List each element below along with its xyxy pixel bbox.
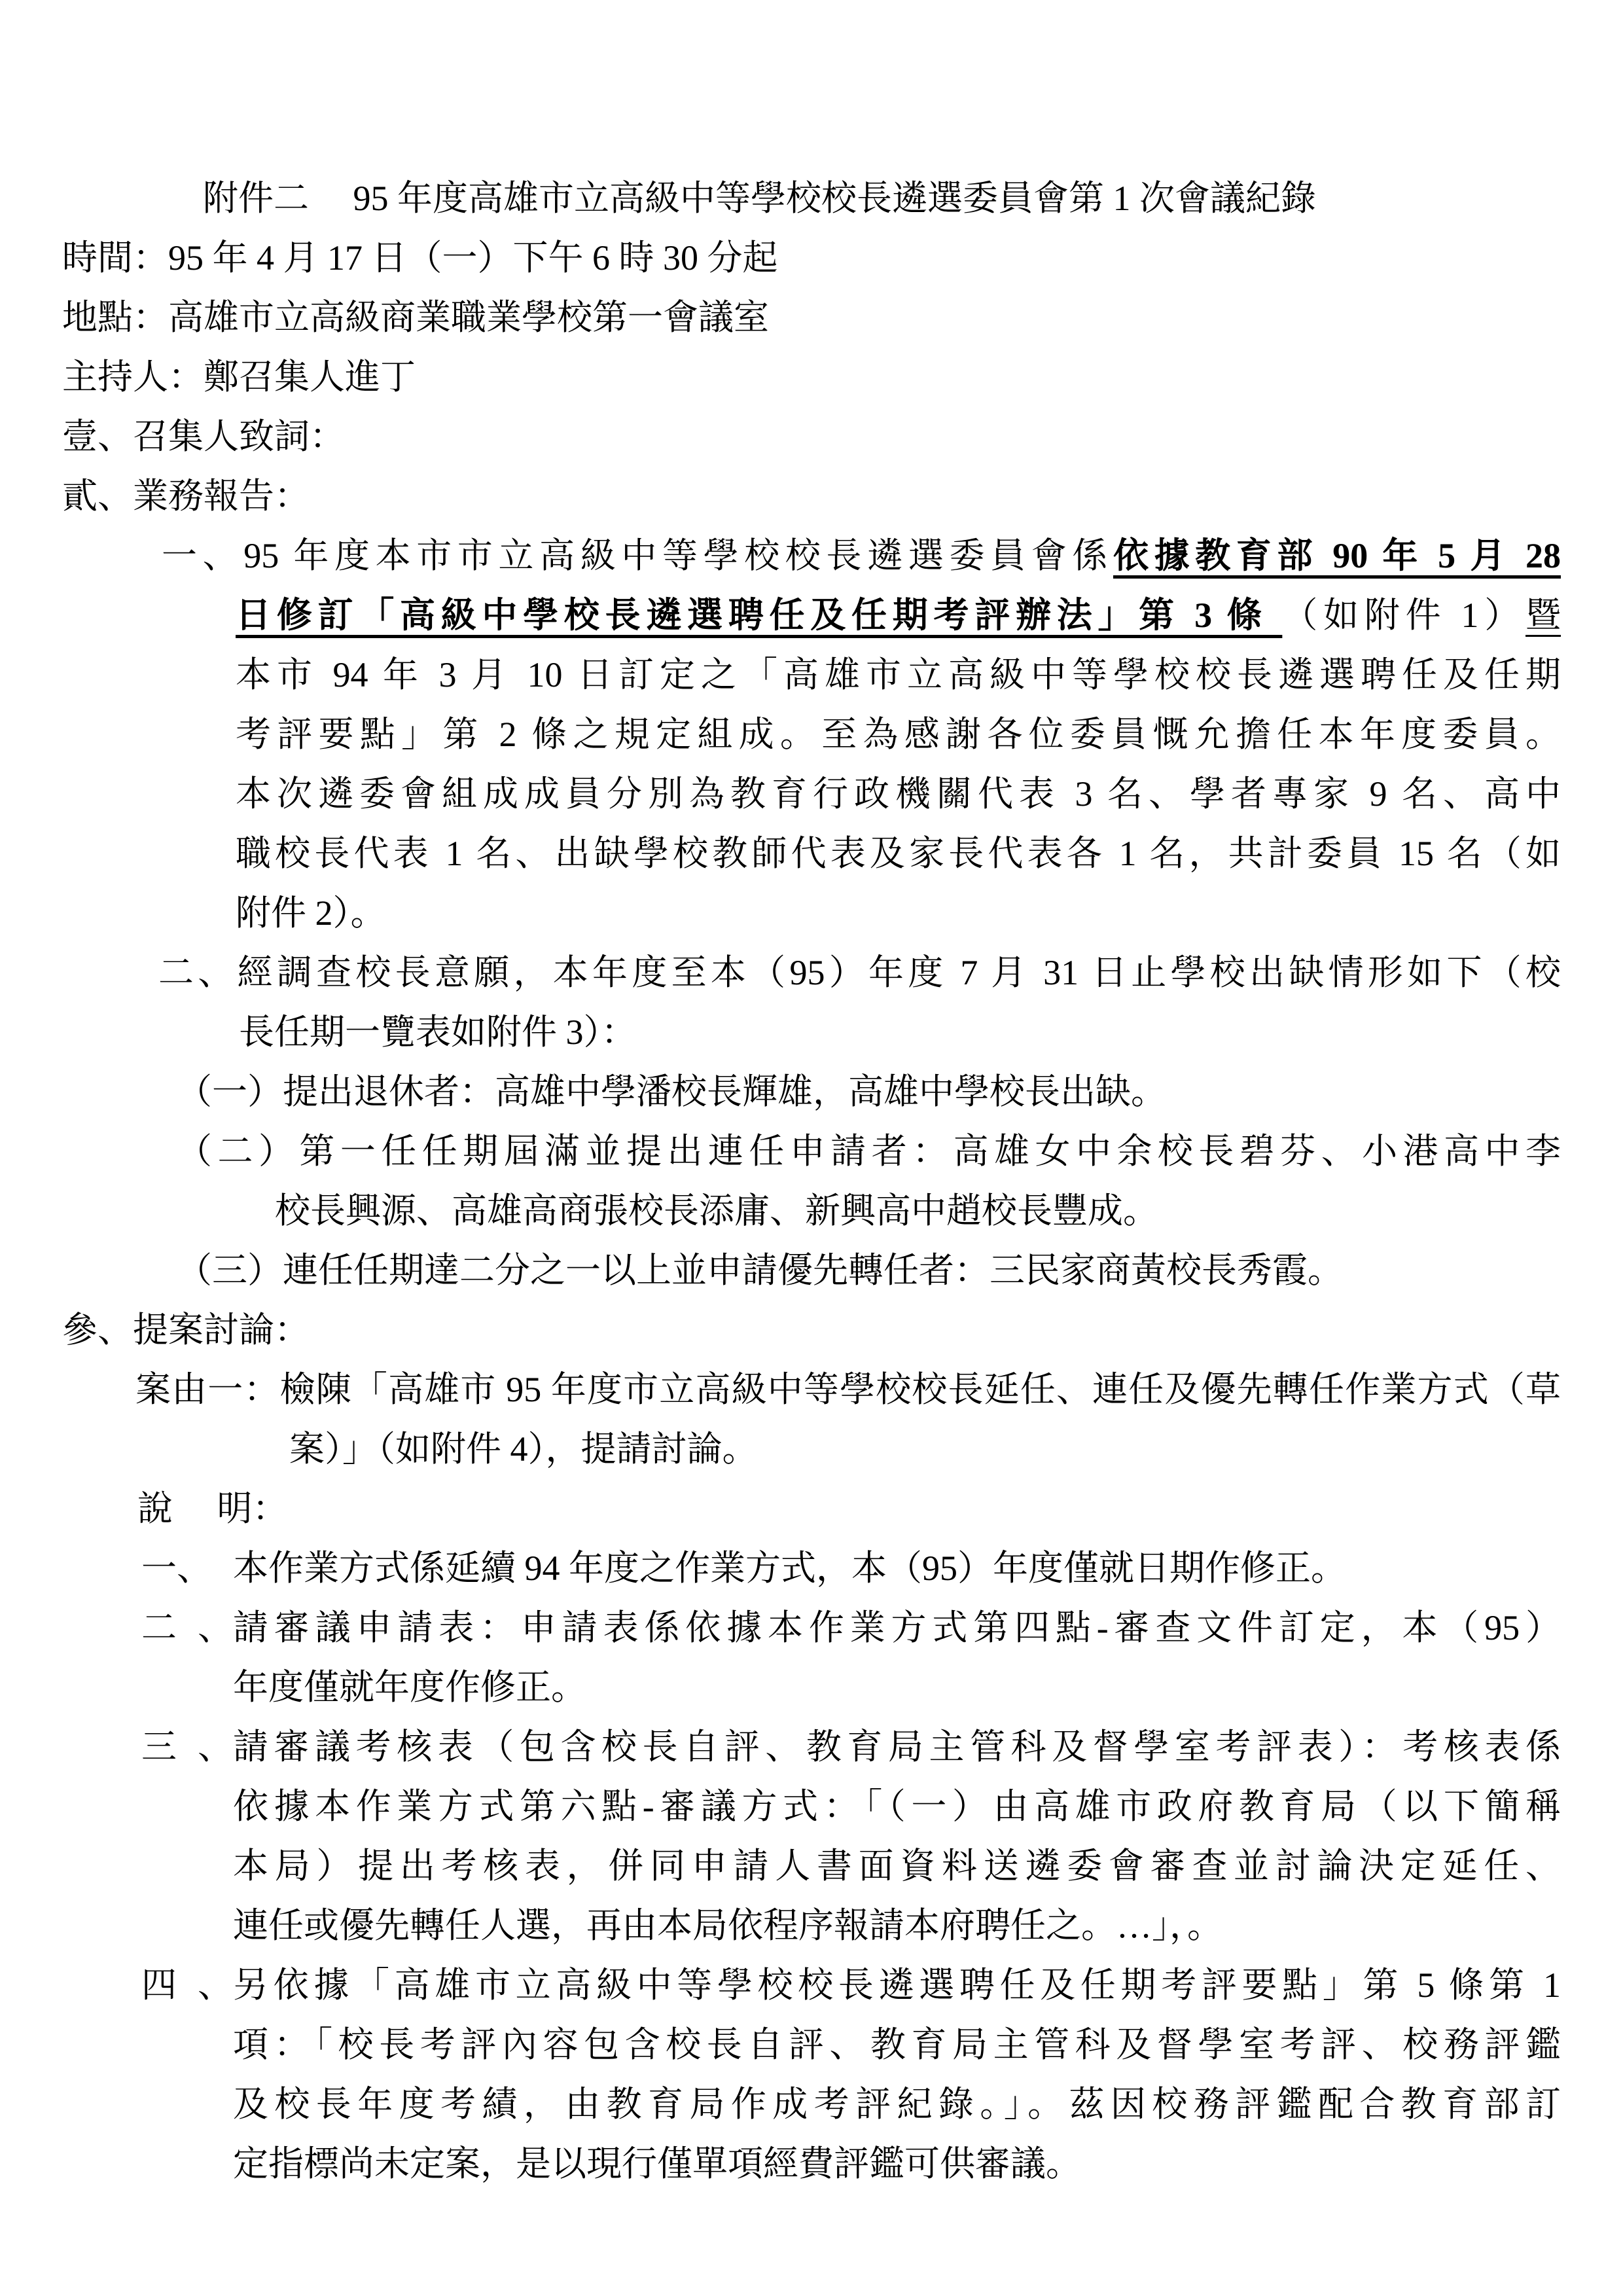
text-run: 附件二 95 年度高雄市立高級中等學校校長遴選委員會第 1 次會議紀錄	[203, 179, 1316, 218]
text-run: （一）提出退休者：高雄中學潘校長輝雄，高雄中學校長出缺。	[177, 1072, 1166, 1111]
document-line: 本市 94 年 3 月 10 日訂定之「高雄市立高級中等學校校長遴選聘任及任期	[0, 645, 1623, 705]
text-run: （三）連任任期達二分之一以上並申請優先轉任者：三民家商黃校長秀霞。	[177, 1251, 1343, 1290]
document-line: 參、提案討論：	[0, 1300, 1623, 1360]
text-run: 貳、業務報告：	[62, 476, 310, 516]
document-line: 職校長代表 1 名、出缺學校教師代表及家長代表各 1 名，共計委員 15 名（如	[0, 824, 1623, 884]
document-line: 壹、召集人致詞：	[0, 407, 1623, 467]
document-line: 及校長年度考績，由教育局作成考評紀錄。」。茲因校務評鑑配合教育部訂	[0, 2075, 1623, 2134]
document-line: 一、本作業方式係延續 94 年度之作業方式，本（95）年度僅就日期作修正。	[0, 1539, 1623, 1598]
text-run: 本次遴委會組成成員分別為教育行政機關代表 3 名、學者專家 9 名、高中	[236, 774, 1561, 814]
document-line: 考評要點」第 2 條之規定組成。至為感謝各位委員慨允擔任本年度委員。	[0, 705, 1623, 764]
document-line: 本局）提出考核表，併同申請人書面資料送遴委會審查並討論決定延任、	[0, 1837, 1623, 1896]
text-run: 案由一：檢陳「高雄市 95 年度市立高級中等學校校長延任、連任及優先轉任作業方式…	[135, 1370, 1561, 1409]
document-line: 主持人：鄭召集人進丁	[0, 348, 1623, 407]
document-line: 日修訂「高級中學校長遴選聘任及任期考評辦法」第 3 條 （如附件 1）暨	[0, 586, 1623, 645]
document-line: （二）第一任任期屆滿並提出連任申請者：高雄女中余校長碧芬、小港高中李	[0, 1122, 1623, 1181]
document-line: 貳、業務報告：	[0, 467, 1623, 526]
text-run: 連任或優先轉任人選，再由本局依程序報請本府聘任之。…」，。	[233, 1906, 1222, 1945]
list-marker: 二、	[141, 1598, 233, 1658]
text-run: 參、提案討論：	[62, 1310, 310, 1350]
text-run: 主持人：鄭召集人進丁	[62, 357, 416, 397]
document-line: 附件 2）。	[0, 884, 1623, 943]
text-run: 職校長代表 1 名、出缺學校教師代表及家長代表各 1 名，共計委員 15 名（如	[236, 834, 1561, 873]
document-line: 時間：95 年 4 月 17 日（一）下午 6 時 30 分起	[0, 228, 1623, 288]
text-run: 一、95 年度本市市立高級中等學校校長遴選委員會係	[162, 536, 1113, 575]
list-marker: 四、	[141, 1956, 233, 2015]
document-line: 定指標尚未定案，是以現行僅單項經費評鑑可供審議。	[0, 2134, 1623, 2194]
document-line: 本次遴委會組成成員分別為教育行政機關代表 3 名、學者專家 9 名、高中	[0, 764, 1623, 824]
text-run: 長任期一覽表如附件 3）：	[239, 1013, 637, 1052]
document-line: 案由一：檢陳「高雄市 95 年度市立高級中等學校校長延任、連任及優先轉任作業方式…	[0, 1360, 1623, 1420]
document-line: 說 明：	[0, 1479, 1623, 1539]
document-line: 附件二 95 年度高雄市立高級中等學校校長遴選委員會第 1 次會議紀錄	[0, 169, 1623, 228]
document-line: 地點：高雄市立高級商業職業學校第一會議室	[0, 288, 1623, 348]
text-run: 考評要點」第 2 條之規定組成。至為感謝各位委員慨允擔任本年度委員。	[236, 715, 1561, 754]
document-line: 年度僅就年度作修正。	[0, 1658, 1623, 1717]
text-run: 依據本作業方式第六點-審議方式：「（一）由高雄市政府教育局（以下簡稱	[233, 1787, 1561, 1826]
emphasis-bold-underline: 日修訂「高級中學校長遴選聘任及任期考評辦法」第 3 條	[236, 596, 1282, 635]
text-run: 說 明：	[137, 1489, 288, 1528]
document-line: 校長興源、高雄高商張校長添庸、新興高中趙校長豐成。	[0, 1181, 1623, 1241]
text-run: 案）」（如附件 4），提請討論。	[289, 1429, 758, 1469]
text-run: 請審議考核表（包含校長自評、教育局主管科及督學室考評表）：考核表係	[233, 1727, 1561, 1767]
document-line: （三）連任任期達二分之一以上並申請優先轉任者：三民家商黃校長秀霞。	[0, 1241, 1623, 1300]
text-run: 定指標尚未定案，是以現行僅單項經費評鑑可供審議。	[233, 2144, 1081, 2183]
document-page: 附件二 95 年度高雄市立高級中等學校校長遴選委員會第 1 次會議紀錄時間：95…	[0, 169, 1623, 2194]
text-run: 及校長年度考績，由教育局作成考評紀錄。」。茲因校務評鑑配合教育部訂	[233, 2085, 1561, 2124]
text-run: 請審議申請表：申請表係依據本作業方式第四點-審查文件訂定，本（95）	[233, 1608, 1561, 1647]
list-marker: 三、	[141, 1717, 233, 1777]
document-line: 連任或優先轉任人選，再由本局依程序報請本府聘任之。…」，。	[0, 1896, 1623, 1956]
text-run: （如附件 1）	[1282, 596, 1525, 635]
text-run: 本作業方式係延續 94 年度之作業方式，本（95）年度僅就日期作修正。	[233, 1549, 1346, 1588]
text-run: 本局）提出考核表，併同申請人書面資料送遴委會審查並討論決定延任、	[233, 1846, 1561, 1886]
text-run: 校長興源、高雄高商張校長添庸、新興高中趙校長豐成。	[275, 1191, 1158, 1230]
list-marker: 一、	[141, 1539, 233, 1598]
text-run: 壹、召集人致詞：	[62, 417, 345, 456]
text-run: 時間：95 年 4 月 17 日（一）下午 6 時 30 分起	[62, 238, 778, 278]
document-line: 一、95 年度本市市立高級中等學校校長遴選委員會係依據教育部 90 年 5 月 …	[0, 526, 1623, 586]
document-sheet: 附件二 95 年度高雄市立高級中等學校校長遴選委員會第 1 次會議紀錄時間：95…	[0, 0, 1623, 2296]
document-line: 長任期一覽表如附件 3）：	[0, 1003, 1623, 1062]
document-line: 二、請審議申請表：申請表係依據本作業方式第四點-審查文件訂定，本（95）	[0, 1598, 1623, 1658]
document-line: 項：「校長考評內容包含校長自評、教育局主管科及督學室考評、校務評鑑	[0, 2015, 1623, 2075]
text-run: 項：「校長考評內容包含校長自評、教育局主管科及督學室考評、校務評鑑	[233, 2025, 1561, 2064]
text-run: 年度僅就年度作修正。	[233, 1668, 586, 1707]
text-run: 本市 94 年 3 月 10 日訂定之「高雄市立高級中等學校校長遴選聘任及任期	[236, 655, 1561, 694]
document-line: 二、經調查校長意願，本年度至本（95）年度 7 月 31 日止學校出缺情形如下（…	[0, 943, 1623, 1003]
text-run: （二）第一任任期屆滿並提出連任申請者：高雄女中余校長碧芬、小港高中李	[177, 1132, 1561, 1171]
text-run: 另依據「高雄市立高級中等學校校長遴選聘任及任期考評要點」第 5 條第 1	[233, 1965, 1561, 2005]
text-run: 附件 2）。	[236, 893, 386, 933]
document-line: 三、請審議考核表（包含校長自評、教育局主管科及督學室考評表）：考核表係	[0, 1717, 1623, 1777]
document-line: 依據本作業方式第六點-審議方式：「（一）由高雄市政府教育局（以下簡稱	[0, 1777, 1623, 1837]
document-line: （一）提出退休者：高雄中學潘校長輝雄，高雄中學校長出缺。	[0, 1062, 1623, 1122]
text-run: 二、經調查校長意願，本年度至本（95）年度 7 月 31 日止學校出缺情形如下（…	[158, 953, 1561, 992]
emphasis-bold-underline: 依據教育部 90 年 5 月 28	[1113, 536, 1561, 575]
text-run: 地點：高雄市立高級商業職業學校第一會議室	[62, 298, 769, 337]
document-line: 四、另依據「高雄市立高級中等學校校長遴選聘任及任期考評要點」第 5 條第 1	[0, 1956, 1623, 2015]
document-line: 案）」（如附件 4），提請討論。	[0, 1420, 1623, 1479]
emphasis-underline: 暨	[1525, 596, 1561, 635]
